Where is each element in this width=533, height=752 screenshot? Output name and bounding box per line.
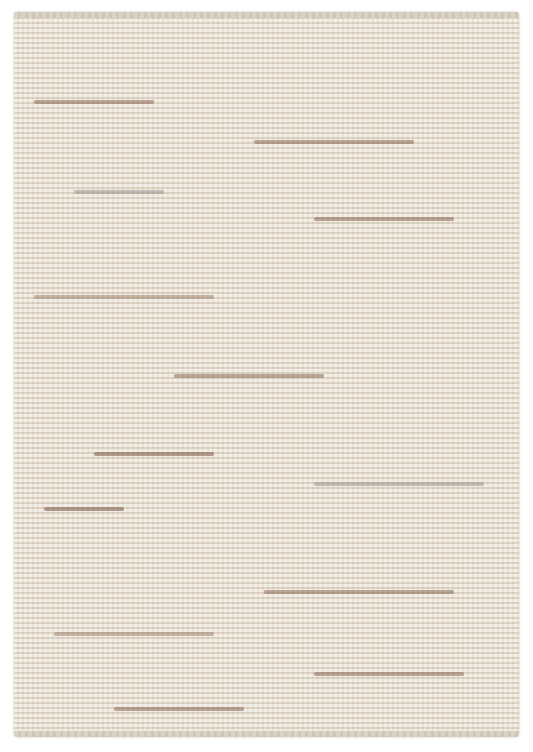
rug-streak — [44, 507, 124, 511]
rug-streak — [314, 672, 464, 676]
rug-bottom-edge — [14, 731, 519, 737]
rug-streak — [174, 374, 324, 378]
rug-streak — [34, 295, 214, 299]
rug-streak — [264, 590, 454, 594]
rug-streak — [314, 482, 484, 486]
rug-streak — [94, 452, 214, 456]
rug-top-edge — [14, 12, 519, 18]
rug-streak — [314, 217, 454, 221]
rug-streak — [254, 140, 414, 144]
rug-image — [14, 12, 519, 737]
rug-streak — [74, 190, 164, 194]
rug-streak — [34, 100, 154, 104]
rug-streak — [54, 632, 214, 636]
rug-streak — [114, 707, 244, 711]
